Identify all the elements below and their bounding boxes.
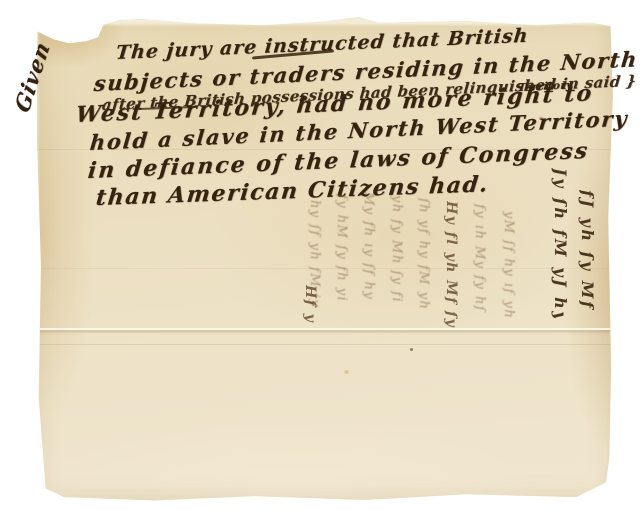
bleedthrough-column: yM ſf hy ıf yh: [494, 211, 516, 329]
crosswise-ink-column: fJ yh ſy Mf Jy: [575, 190, 597, 316]
fold-crease-secondary: [36, 344, 612, 345]
scanned-document-image: The jury are instructed that British sub…: [0, 0, 640, 523]
torn-edge-highlight: [34, 16, 614, 25]
fold-crease-middle: [36, 268, 612, 269]
crosswise-ink-column: Jy ſh fM yJ hy: [548, 168, 570, 318]
bleedthrough-column: My fh ıy ſf hy: [354, 192, 376, 330]
fold-crease-main: [36, 328, 612, 330]
bleedthrough-column: Hy fl yh Mf ſy: [437, 201, 459, 328]
bleedthrough-column: ſh yf hy fM yh: [409, 198, 431, 329]
bleedthrough-column: fy hM ſy fh yi: [327, 194, 349, 326]
bleedthrough-column: fy ıh My fy hſ: [465, 204, 487, 329]
bleedthrough-column: yh fy Mh ſy fi: [382, 195, 404, 328]
bleedthrough-column: Hf y: [296, 285, 318, 325]
ink-speck: [410, 348, 413, 351]
foxing-spot: [344, 370, 349, 374]
